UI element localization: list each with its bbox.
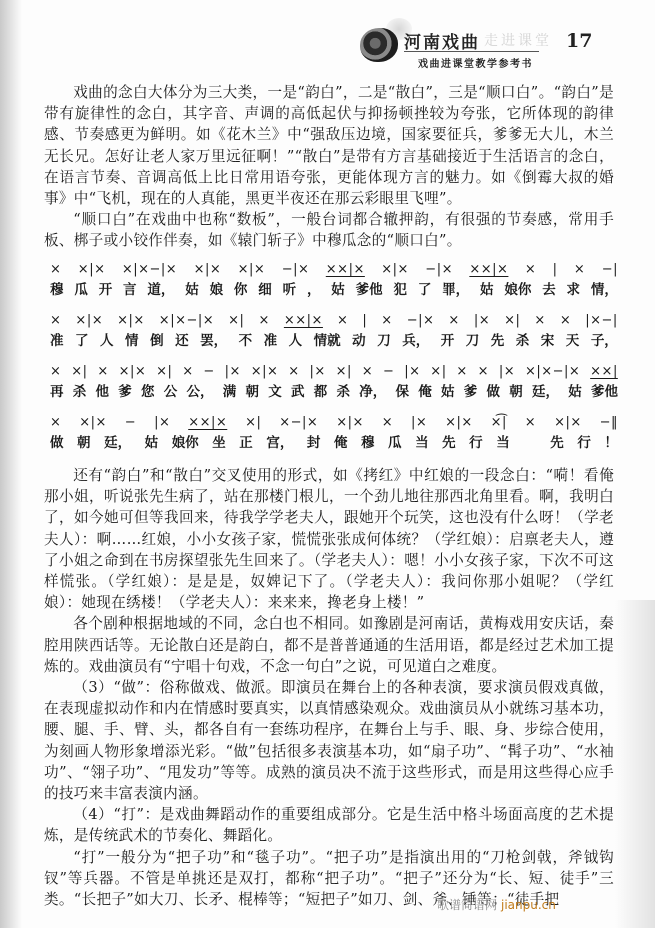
rhythm-beat-row: ××|××|×−|××|××|×−|×××|××|×−|×××|××|×−|	[50, 259, 618, 280]
lyric-token: 姑	[145, 433, 159, 457]
lyric-token: 姑	[331, 280, 345, 304]
lyric-token: 先	[442, 433, 456, 457]
lyric-token: ！	[604, 433, 618, 457]
beat-token: −|×	[407, 310, 435, 331]
lyric-token: 先	[491, 331, 505, 355]
beat-token: ×͡|	[491, 412, 507, 433]
page-number: 17	[566, 30, 592, 52]
lyric-token: 爹	[464, 382, 478, 406]
lyric-token: 去	[542, 280, 556, 304]
lyric-token: 听	[283, 280, 297, 304]
lyric-token: 行	[577, 433, 591, 457]
opera-mask-icon	[360, 28, 398, 62]
lyric-token: 朝	[246, 382, 260, 406]
beat-token: |×	[404, 361, 420, 382]
beat-token: ×|×	[117, 310, 145, 331]
lyric-token: 做	[50, 433, 64, 457]
paragraph: 还有“韵白”和“散白”交叉使用的形式，如《拷红》中红娘的一段念白：“嗬！看俺那小…	[44, 465, 614, 613]
lyric-token: 情，	[591, 280, 618, 304]
beat-token: |×	[474, 310, 490, 331]
beat-token: −	[383, 361, 394, 382]
beat-token: ×	[560, 310, 571, 331]
lyric-token: 朝	[77, 433, 91, 457]
beat-token: ×	[478, 361, 489, 382]
lyric-token: 细	[258, 280, 272, 304]
lyric-token: 坐	[212, 433, 226, 457]
beat-token: ×|×	[251, 361, 279, 382]
lyric-token: 公	[164, 382, 178, 406]
beat-token: ×	[382, 412, 393, 433]
lyric-token: 言	[123, 280, 137, 304]
lyric-token: 杀	[337, 382, 351, 406]
lyric-token: 姑	[185, 280, 199, 304]
lyric-token: 求	[567, 280, 581, 304]
beat-token: ×|	[430, 361, 446, 382]
lyric-token: 了	[75, 331, 89, 355]
lyric-token: 先	[550, 433, 564, 457]
lyric-token: ，	[307, 280, 321, 304]
beat-token: ×	[258, 310, 269, 331]
beat-token: ×−|×	[279, 412, 318, 433]
lyric-token: 宋	[541, 331, 555, 355]
lyric-row: 穆瓜开言道，姑娘你细听，姑爹他犯了罪，姑娘你去求情，	[50, 280, 618, 304]
beat-token: ×|×−|×	[159, 310, 214, 331]
book-title-ghost: 走进课堂	[484, 30, 552, 50]
lyric-row: 再杀他爹您公公，满朝文武都杀净，保俺姑爹做朝廷，姑爹他	[50, 382, 618, 406]
beat-token: −	[125, 412, 136, 433]
lyric-token: 罪，	[442, 280, 469, 304]
beat-token: ×|	[71, 361, 87, 382]
lyric-token: 娘你	[504, 280, 531, 304]
section-recitation-types: 戏曲的念白大体分为三大类，一是“韵白”，二是“散白”，三是“顺口白”。“韵白”是…	[44, 82, 614, 252]
beat-token: −|×	[282, 259, 310, 280]
lyric-token: 廷，	[532, 382, 559, 406]
lyric-token: 开	[99, 280, 113, 304]
beat-token: ×	[50, 259, 61, 280]
beat-token: ××|×	[284, 310, 323, 331]
lyric-token: 行	[469, 433, 483, 457]
watermark-domain: jianpu.cn	[501, 898, 556, 912]
beat-token: ×|×−|×	[122, 259, 177, 280]
beat-token: |×	[154, 412, 170, 433]
beat-token: ×	[288, 361, 299, 382]
lyric-token: 情就	[314, 331, 341, 355]
beat-token: |	[553, 259, 558, 280]
rhythm-notation-block: ××|××|×−|××|××|×−|×××|××|×−|×××|××|×−|穆瓜…	[50, 259, 618, 463]
site-watermark: 歌谱简谱网jianpu.cn	[437, 896, 556, 913]
paragraph: “顺口白”在戏曲中也称“数板”，一般台词都合辙押韵，有很强的节奏感，常用手板、梆…	[44, 209, 614, 251]
lyric-token: 兵，	[402, 331, 429, 355]
beat-token: ×|×	[238, 259, 266, 280]
rhythm-beat-row: ××|××|××|×−|××|×××|××|×−|××|××|××|×−|	[50, 310, 618, 331]
lyric-token: 不	[239, 331, 253, 355]
lyric-token: 刀	[466, 331, 480, 355]
beat-token: |	[362, 310, 367, 331]
lyric-token: 净，	[359, 382, 386, 406]
paragraph: 各个剧种根据地域的不同，念白也不相同。如豫剧是河南话，黄梅戏用安庆话，秦腔用陕西…	[44, 613, 614, 677]
lyric-token: 杀	[73, 382, 87, 406]
lyric-token: 穆	[361, 433, 375, 457]
lyric-token: 还	[175, 331, 189, 355]
beat-token: ×	[448, 310, 459, 331]
beat-token: ×	[97, 361, 108, 382]
watermark-site-name: 歌谱简谱网	[437, 898, 497, 912]
lyric-token: 姑	[480, 280, 494, 304]
lyric-token: 您	[141, 382, 155, 406]
lyric-token: 武	[291, 382, 305, 406]
beat-token: ×	[362, 361, 373, 382]
beat-token: ××|	[590, 361, 618, 382]
lyric-token: 天	[566, 331, 580, 355]
lyric-token: 朝	[509, 382, 523, 406]
lyric-token: 满	[223, 382, 237, 406]
paragraph: 戏曲的念白大体分为三大类，一是“韵白”，二是“散白”，三是“顺口白”。“韵白”是…	[44, 82, 614, 209]
lyric-token: 刀	[377, 331, 391, 355]
beat-token: ×|	[228, 310, 244, 331]
beat-token: ×|×	[119, 361, 147, 382]
lyric-token: 姑	[441, 382, 455, 406]
beat-token: |×	[411, 412, 427, 433]
beat-token: −|×	[425, 259, 453, 280]
lyric-token: 俺	[418, 382, 432, 406]
beat-token: ××|×	[469, 259, 508, 280]
lyric-token: 再	[50, 382, 64, 406]
lyric-token: 做	[487, 382, 501, 406]
lyric-token: 他	[96, 382, 110, 406]
lyric-token: 开	[441, 331, 455, 355]
beat-token: |×	[310, 361, 326, 382]
beat-token: ×	[525, 412, 536, 433]
beat-token: ×|×	[554, 412, 582, 433]
beat-token: |×−|	[585, 310, 618, 331]
beat-token: ×	[381, 310, 392, 331]
lyric-token: 当	[415, 433, 429, 457]
lyric-token: 了	[418, 280, 432, 304]
lyric-row: 准了人情倒还罢，不准人情就动刀兵，开刀先杀宋天子，	[50, 331, 618, 355]
lyric-token: 当	[496, 433, 510, 457]
lyric-token: 准	[50, 331, 64, 355]
lyric-token: 娘	[210, 280, 224, 304]
page-gutter-shadow	[0, 0, 22, 928]
beat-token: ×	[50, 361, 61, 382]
lyric-token: 情	[125, 331, 139, 355]
beat-token: ×|	[245, 412, 261, 433]
beat-token: ×|×	[78, 259, 106, 280]
beat-token: ×|	[336, 361, 352, 382]
page-curl-shadow	[615, 600, 655, 928]
lyric-token: 公，	[187, 382, 214, 406]
lyric-token: 俺	[334, 433, 348, 457]
beat-token: |×	[499, 361, 515, 382]
lyric-token: 封	[307, 433, 321, 457]
lyric-token: 爹他	[356, 280, 383, 304]
lyric-token: 娘你	[172, 433, 199, 457]
beat-token: −|	[602, 259, 618, 280]
lyric-token: 杀	[516, 331, 530, 355]
rhythm-beat-row: ××|××|××|×−|××|××|××|×−|××|××|××|×−|×××|	[50, 361, 618, 382]
lyric-token: 宫，	[266, 433, 293, 457]
beat-token: ×	[50, 412, 61, 433]
beat-token: ×	[525, 259, 536, 280]
running-header: 河南戏曲 走进课堂 戏曲进课堂教学参考书 17	[360, 24, 620, 70]
beat-token: ×|×−|×	[525, 361, 580, 382]
lyric-token: 人	[289, 331, 303, 355]
lyric-token: 人	[100, 331, 114, 355]
beat-token: ×|×	[194, 259, 222, 280]
beat-token: ×	[456, 361, 467, 382]
beat-token: −‖	[600, 412, 618, 433]
beat-token: ×	[337, 310, 348, 331]
lyric-token: 廷，	[104, 433, 131, 457]
beat-token: ×|×	[336, 412, 364, 433]
lyric-token: 正	[239, 433, 253, 457]
lyric-token: 都	[314, 382, 328, 406]
lyric-token: 准	[264, 331, 278, 355]
paragraph-da: （4）“打”：是戏曲舞蹈动作的重要组成部分。它是生活中格斗场面高度的艺术提炼，是…	[44, 804, 614, 846]
lyric-token: 保	[396, 382, 410, 406]
lyric-token: 爹他	[591, 382, 618, 406]
beat-token: ×|×	[79, 412, 107, 433]
lyric-token: 倒	[150, 331, 164, 355]
lyric-token: 子，	[591, 331, 618, 355]
beat-token: |×	[225, 361, 241, 382]
section-performance: 还有“韵白”和“散白”交叉使用的形式，如《拷红》中红娘的一段念白：“嗬！看俺那小…	[44, 465, 614, 910]
lyric-token: 爹	[118, 382, 132, 406]
lyric-token: 姑	[568, 382, 582, 406]
beat-token: ×	[574, 259, 585, 280]
lyric-token: 罢，	[200, 331, 227, 355]
lyric-token: 动	[352, 331, 366, 355]
beat-token: ×|	[156, 361, 172, 382]
beat-token: −	[203, 361, 214, 382]
book-subtitle: 戏曲进课堂教学参考书	[418, 55, 533, 70]
beat-token: ×|×	[75, 310, 103, 331]
lyric-token: 瓜	[74, 280, 88, 304]
paragraph-zuo: （3）“做”：俗称做戏、做派。即演员在舞台上的各种表演，要求演员假戏真做，在表现…	[44, 677, 614, 804]
lyric-token: 穆	[50, 280, 64, 304]
lyric-token: 犯	[393, 280, 407, 304]
beat-token: ×	[534, 310, 545, 331]
beat-token: ×|×	[381, 259, 409, 280]
rhythm-beat-row: ××|×−|×××|××|×−|××|××|××|××͡|××|×−‖	[50, 412, 618, 433]
beat-token: ×|×	[445, 412, 473, 433]
lyric-token	[523, 433, 537, 457]
book-title: 河南戏曲	[404, 28, 480, 53]
beat-token: ××|×	[188, 412, 227, 433]
lyric-row: 做朝廷，姑娘你坐正宫，封俺穆瓜当先行当 先行！	[50, 433, 618, 457]
beat-token: ×	[50, 310, 61, 331]
lyric-token: 道，	[147, 280, 174, 304]
lyric-token: 瓜	[388, 433, 402, 457]
beat-token: ××|×	[326, 259, 365, 280]
beat-token: ×	[182, 361, 193, 382]
lyric-token: 你	[234, 280, 248, 304]
header-rule	[404, 51, 539, 52]
beat-token: ×|	[504, 310, 520, 331]
lyric-token: 文	[268, 382, 282, 406]
